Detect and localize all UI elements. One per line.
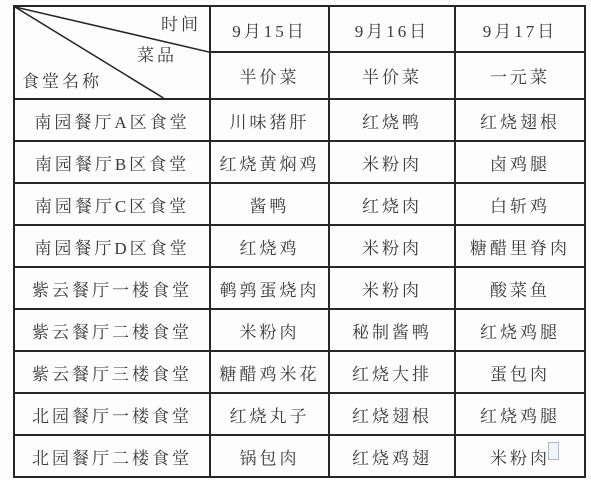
- dish-cell: 红烧翅根: [329, 393, 455, 435]
- table-row: 紫云餐厅二楼食堂 米粉肉 秘制酱鸭 红烧鸡腿: [14, 309, 585, 351]
- table-row: 南园餐厅A区食堂 川味猪肝 红烧鸭 红烧翅根: [14, 99, 585, 141]
- table-row: 北园餐厅一楼食堂 红烧丸子 红烧翅根 红烧鸡腿: [14, 393, 585, 435]
- dish-cell: 米粉肉: [455, 435, 585, 477]
- category-header: 半价菜: [210, 52, 329, 99]
- dish-cell: 白斩鸡: [455, 183, 585, 225]
- canteen-name-cell: 北园餐厅二楼食堂: [14, 435, 210, 477]
- canteen-name-cell: 紫云餐厅三楼食堂: [14, 351, 210, 393]
- corner-header-cell: 时间 菜品 食堂名称: [14, 6, 210, 99]
- dish-cell: 红烧黄焖鸡: [210, 141, 329, 183]
- dish-cell: 米粉肉: [329, 267, 455, 309]
- dish-cell: 秘制酱鸭: [329, 309, 455, 351]
- date-header: 9月15日: [210, 6, 329, 52]
- table-row: 南园餐厅D区食堂 红烧鸡 米粉肉 糖醋里脊肉: [14, 225, 585, 267]
- dish-cell: 红烧翅根: [455, 99, 585, 141]
- date-header: 9月17日: [455, 6, 585, 52]
- dish-cell: 川味猪肝: [210, 99, 329, 141]
- dish-cell: 红烧大排: [329, 351, 455, 393]
- corner-canteen-label: 食堂名称: [22, 73, 102, 90]
- canteen-name-cell: 紫云餐厅一楼食堂: [14, 267, 210, 309]
- menu-table: 时间 菜品 食堂名称 9月15日 9月16日 9月17日 半价菜 半价菜 一元菜…: [13, 5, 586, 478]
- table-row: 南园餐厅B区食堂 红烧黄焖鸡 米粉肉 卤鸡腿: [14, 141, 585, 183]
- corner-dish-label: 菜品: [137, 47, 177, 64]
- canteen-name-cell: 南园餐厅B区食堂: [14, 141, 210, 183]
- canteen-name-cell: 南园餐厅C区食堂: [14, 183, 210, 225]
- table-row: 北园餐厅二楼食堂 锅包肉 红烧鸡翅 米粉肉: [14, 435, 585, 477]
- dish-cell: 锅包肉: [210, 435, 329, 477]
- corner-time-label: 时间: [161, 16, 201, 33]
- dish-cell: 糖醋鸡米花: [210, 351, 329, 393]
- dish-cell: 红烧鸡翅: [329, 435, 455, 477]
- canteen-name-cell: 北园餐厅一楼食堂: [14, 393, 210, 435]
- table-row: 紫云餐厅一楼食堂 鹌鹑蛋烧肉 米粉肉 酸菜鱼: [14, 267, 585, 309]
- date-header: 9月16日: [329, 6, 455, 52]
- canteen-name-cell: 南园餐厅A区食堂: [14, 99, 210, 141]
- dish-cell: 米粉肉: [329, 225, 455, 267]
- dish-cell: 酸菜鱼: [455, 267, 585, 309]
- dish-cell: 米粉肉: [329, 141, 455, 183]
- dish-cell: 红烧鸡腿: [455, 309, 585, 351]
- dish-cell: 红烧丸子: [210, 393, 329, 435]
- dish-cell: 鹌鹑蛋烧肉: [210, 267, 329, 309]
- dish-cell: 卤鸡腿: [455, 141, 585, 183]
- dish-cell: 红烧鸡: [210, 225, 329, 267]
- dish-cell: 酱鸭: [210, 183, 329, 225]
- dish-cell: 红烧鸡腿: [455, 393, 585, 435]
- dish-cell: 红烧鸭: [329, 99, 455, 141]
- caret-artifact: [548, 442, 559, 460]
- category-header: 一元菜: [455, 52, 585, 99]
- category-header: 半价菜: [329, 52, 455, 99]
- canteen-name-cell: 紫云餐厅二楼食堂: [14, 309, 210, 351]
- canteen-name-cell: 南园餐厅D区食堂: [14, 225, 210, 267]
- table-row: 紫云餐厅三楼食堂 糖醋鸡米花 红烧大排 蛋包肉: [14, 351, 585, 393]
- dish-cell: 红烧肉: [329, 183, 455, 225]
- menu-table-container: 时间 菜品 食堂名称 9月15日 9月16日 9月17日 半价菜 半价菜 一元菜…: [13, 5, 586, 478]
- dish-cell: 蛋包肉: [455, 351, 585, 393]
- dish-cell: 米粉肉: [210, 309, 329, 351]
- dish-cell: 糖醋里脊肉: [455, 225, 585, 267]
- table-row: 南园餐厅C区食堂 酱鸭 红烧肉 白斩鸡: [14, 183, 585, 225]
